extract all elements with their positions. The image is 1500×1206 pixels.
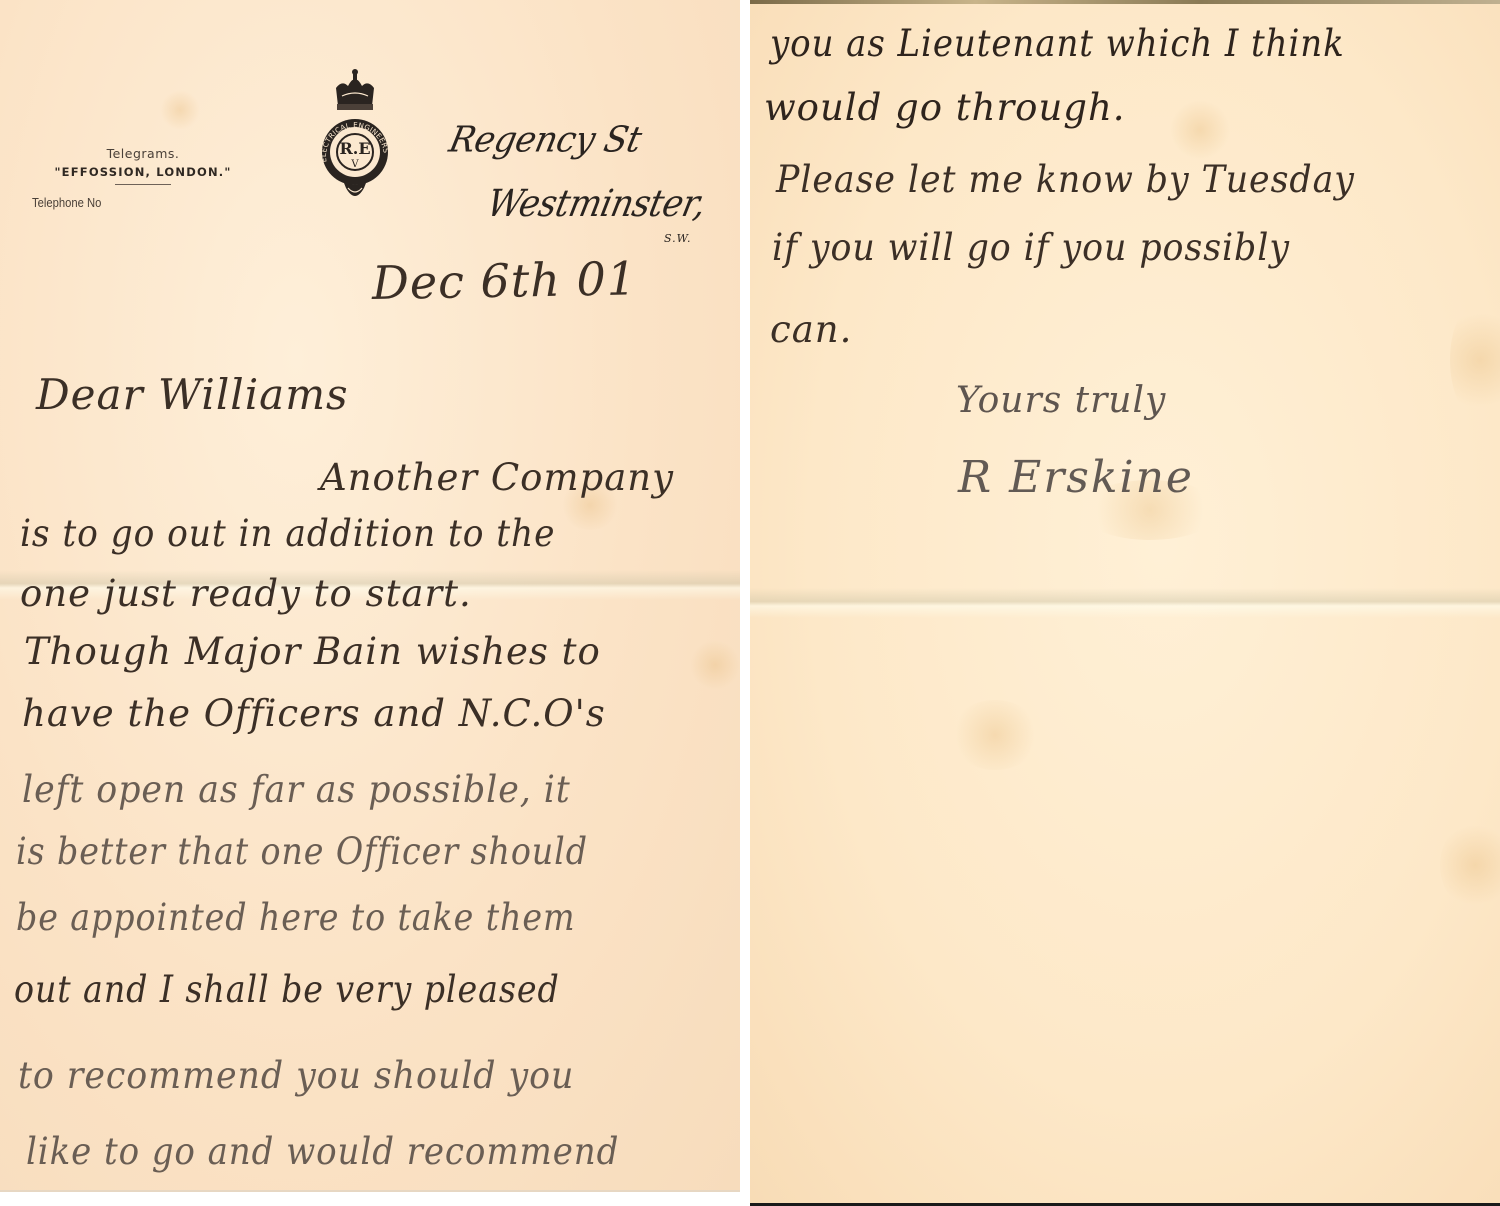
body-line: be appointed here to take them	[16, 896, 575, 939]
telegrams-address: "EFFOSSION, LONDON."	[48, 165, 238, 179]
letter-closing: Yours truly	[956, 380, 1166, 421]
letter-page-1: Telegrams. "EFFOSSION, LONDON." Telephon…	[0, 0, 740, 1192]
salutation: Dear Williams	[36, 370, 349, 419]
letter-date: Dec 6th 01	[372, 251, 638, 310]
body-line: would go through.	[764, 86, 1126, 129]
body-line: is to go out in addition to the	[20, 512, 555, 555]
address-district: Westminster,	[483, 182, 709, 226]
body-line: like to go and would recommend	[26, 1130, 619, 1173]
body-line: one just ready to start.	[20, 572, 472, 615]
svg-text:V: V	[350, 159, 359, 170]
letterhead-telegrams: Telegrams. "EFFOSSION, LONDON."	[48, 146, 238, 185]
body-line: if you will go if you possibly	[772, 226, 1290, 269]
body-line: you as Lieutenant which I think	[770, 22, 1345, 65]
body-line: Another Company	[320, 456, 674, 499]
royal-engineers-crest-icon: ELECTRICAL ENGINEERS R.E V	[312, 66, 398, 204]
signature: R Erskine	[958, 452, 1194, 503]
svg-text:R.E: R.E	[339, 139, 370, 158]
body-line: out and I shall be very pleased	[14, 968, 560, 1011]
body-line: have the Officers and N.C.O's	[22, 692, 606, 735]
paper-stain	[950, 700, 1040, 770]
telephone-label: Telephone No	[32, 196, 101, 210]
address-street: Regency St	[446, 119, 645, 161]
body-line: Though Major Bain wishes to	[24, 630, 601, 673]
body-line: left open as far as possible, it	[22, 768, 571, 811]
telegrams-label: Telegrams.	[48, 146, 238, 161]
paper-fold-line	[750, 588, 1500, 618]
body-line: can.	[770, 308, 852, 351]
paper-stain	[690, 640, 740, 690]
crest-graphic: ELECTRICAL ENGINEERS R.E V	[312, 66, 398, 204]
body-line: is better that one Officer should	[16, 830, 588, 873]
paper-stain	[1170, 100, 1230, 160]
letterhead-divider	[115, 184, 171, 185]
paper-stain	[1440, 820, 1500, 910]
address-postal: S.W.	[664, 232, 692, 245]
paper-stain	[160, 90, 200, 130]
body-line: to recommend you should you	[18, 1054, 574, 1097]
body-line: Please let me know by Tuesday	[776, 158, 1355, 201]
crown-icon	[336, 69, 374, 110]
paper-stain	[1450, 300, 1500, 420]
